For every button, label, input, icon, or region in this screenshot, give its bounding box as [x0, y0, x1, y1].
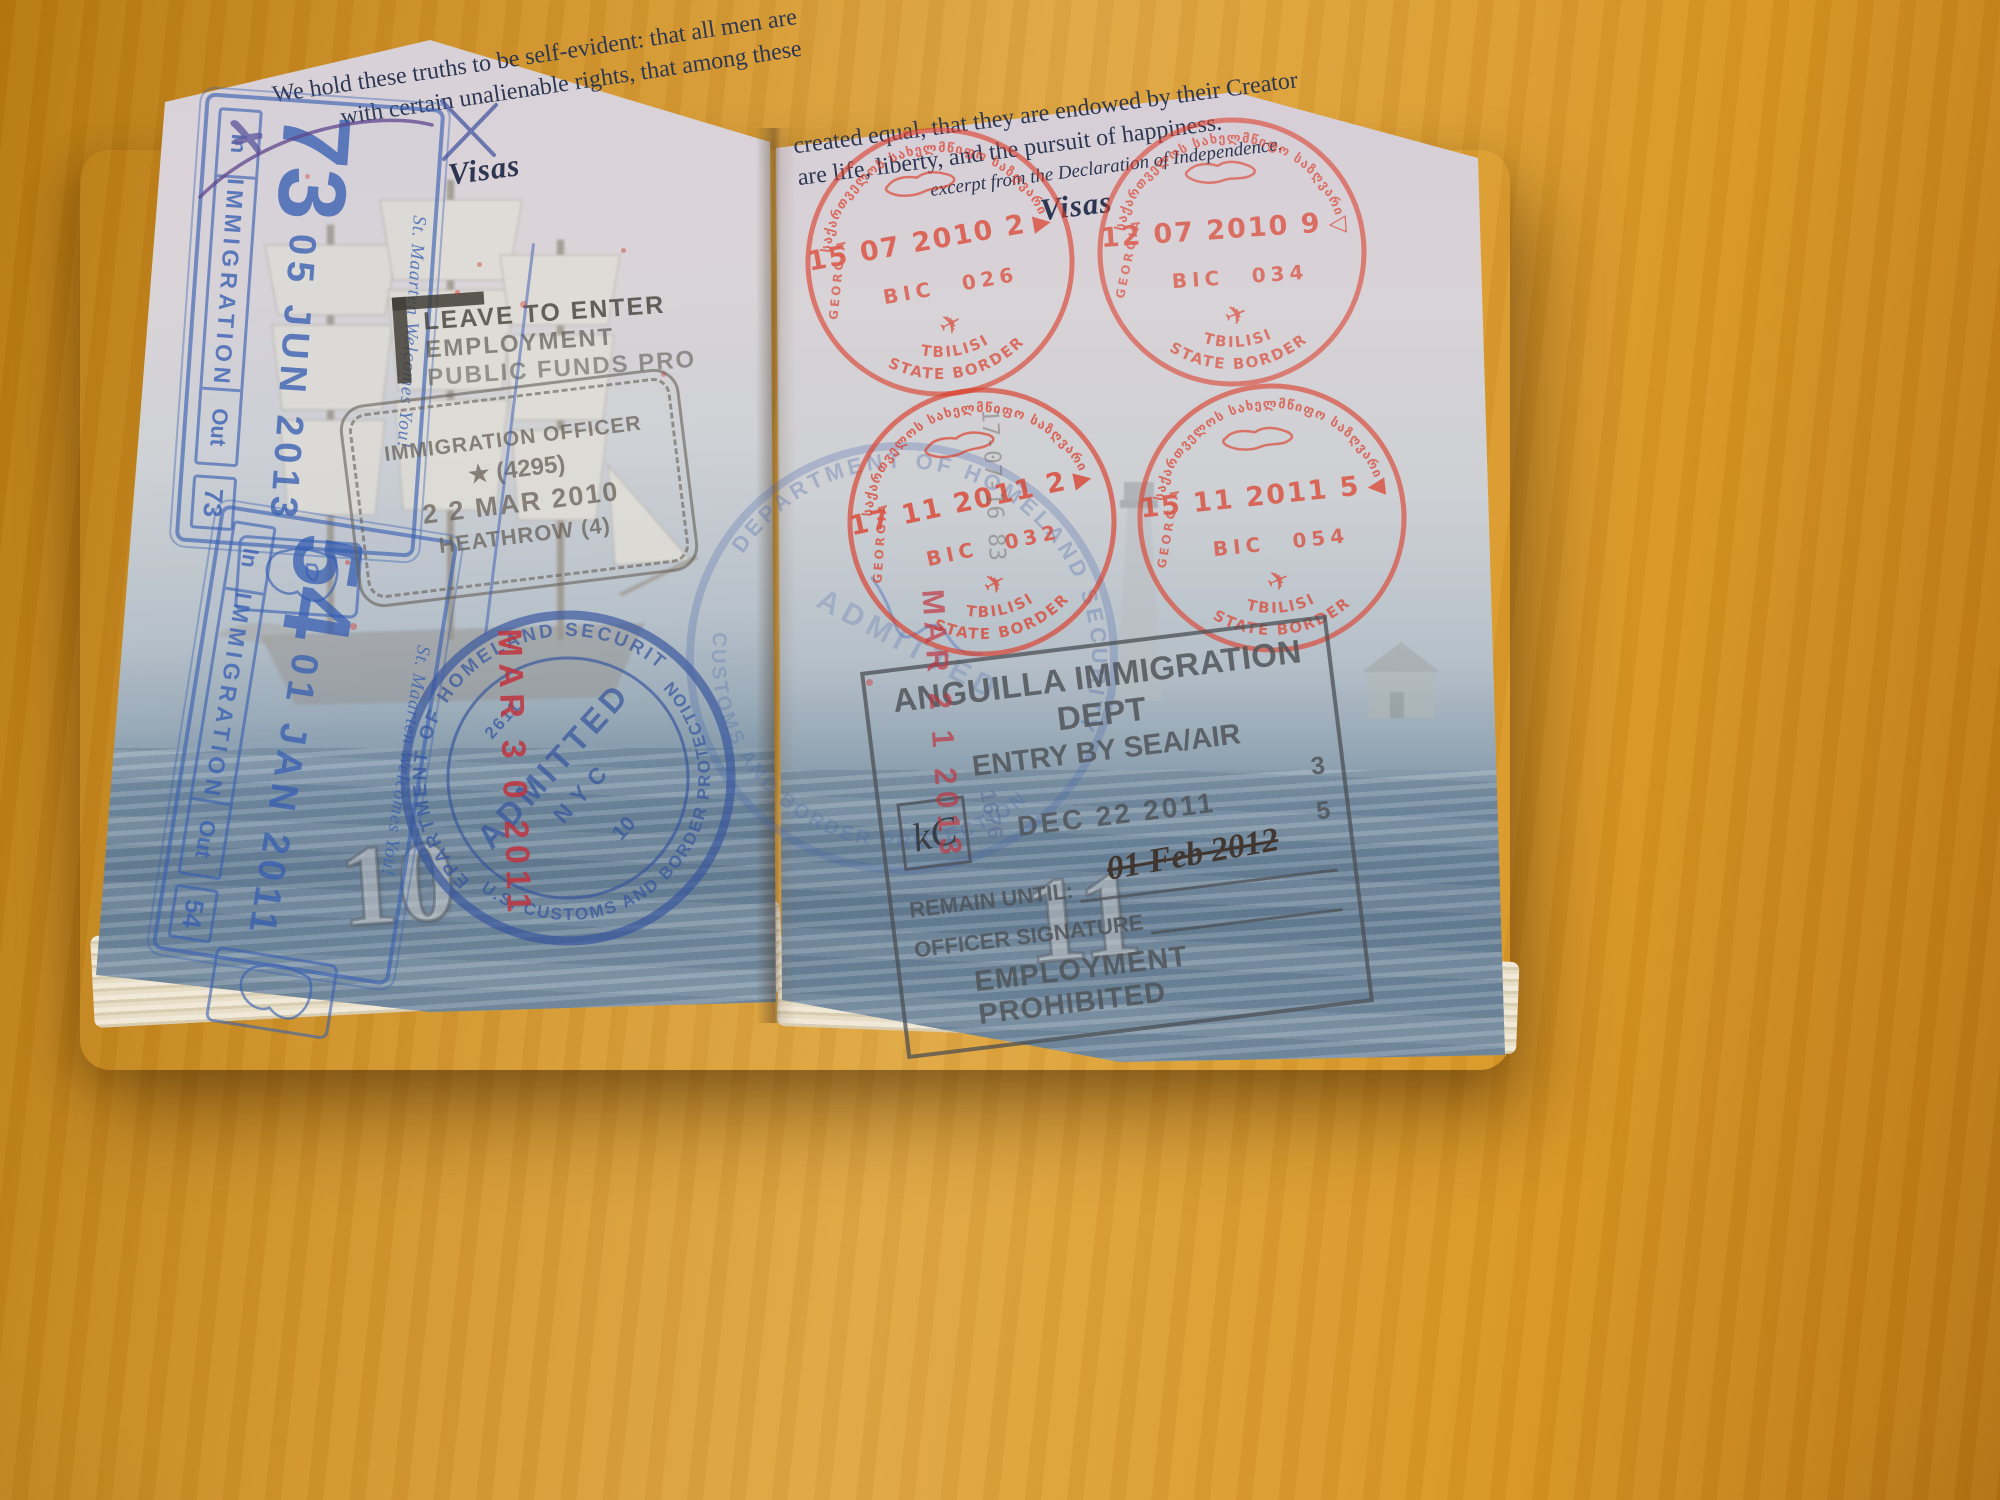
airplane-icon: ✈	[934, 306, 969, 344]
direction-marker-icon: ◁	[1327, 210, 1349, 237]
out-label: Out	[181, 797, 230, 877]
checkpoint-code: 034	[1251, 260, 1309, 288]
remain-until-label: REMAIN UNTIL:	[908, 878, 1075, 924]
stamp-date: 05 JUN 2013	[260, 232, 323, 524]
out-label: Out	[197, 387, 240, 464]
airplane-icon: ✈	[1220, 297, 1253, 334]
stamp-date: 01 JAN 2011	[239, 650, 326, 941]
island-map-icon	[221, 951, 323, 1035]
airplane-icon: ✈	[978, 565, 1013, 603]
georgia-map-icon	[1185, 160, 1255, 184]
in-label: In	[235, 546, 264, 569]
red-ink-speckles	[455, 290, 460, 295]
georgia-map-icon	[885, 168, 956, 199]
anguilla-date: DEC 22 2011	[1016, 787, 1218, 843]
direction-marker-icon: ◀	[1366, 472, 1388, 500]
bic-label: BIC	[1212, 532, 1267, 561]
bic-label: BIC	[881, 276, 937, 309]
bic-label: BIC	[924, 537, 980, 571]
stamp-number-right: 3	[1309, 751, 1326, 781]
stamp-number-right: 5	[1315, 796, 1332, 826]
star-icon: ★	[467, 460, 492, 489]
bic-label: BIC	[1171, 266, 1225, 294]
in-checkbox: In	[225, 523, 273, 595]
checkpoint-code: 032	[1002, 519, 1062, 554]
passport-photo-scene: We hold these truths to be self-evident:…	[0, 0, 2000, 1500]
checkpoint-code: 054	[1291, 523, 1350, 553]
officer-duty-number: 10	[608, 812, 641, 845]
direction-marker-icon: ▶	[1031, 208, 1055, 237]
georgia-map-icon	[1222, 426, 1292, 452]
direction-marker-icon: ▶	[1071, 464, 1096, 494]
airplane-icon: ✈	[1262, 562, 1295, 600]
pen-flourish-art	[180, 85, 540, 245]
stamp-box-number: 54	[167, 884, 219, 944]
checkpoint-code: 026	[960, 262, 1020, 295]
